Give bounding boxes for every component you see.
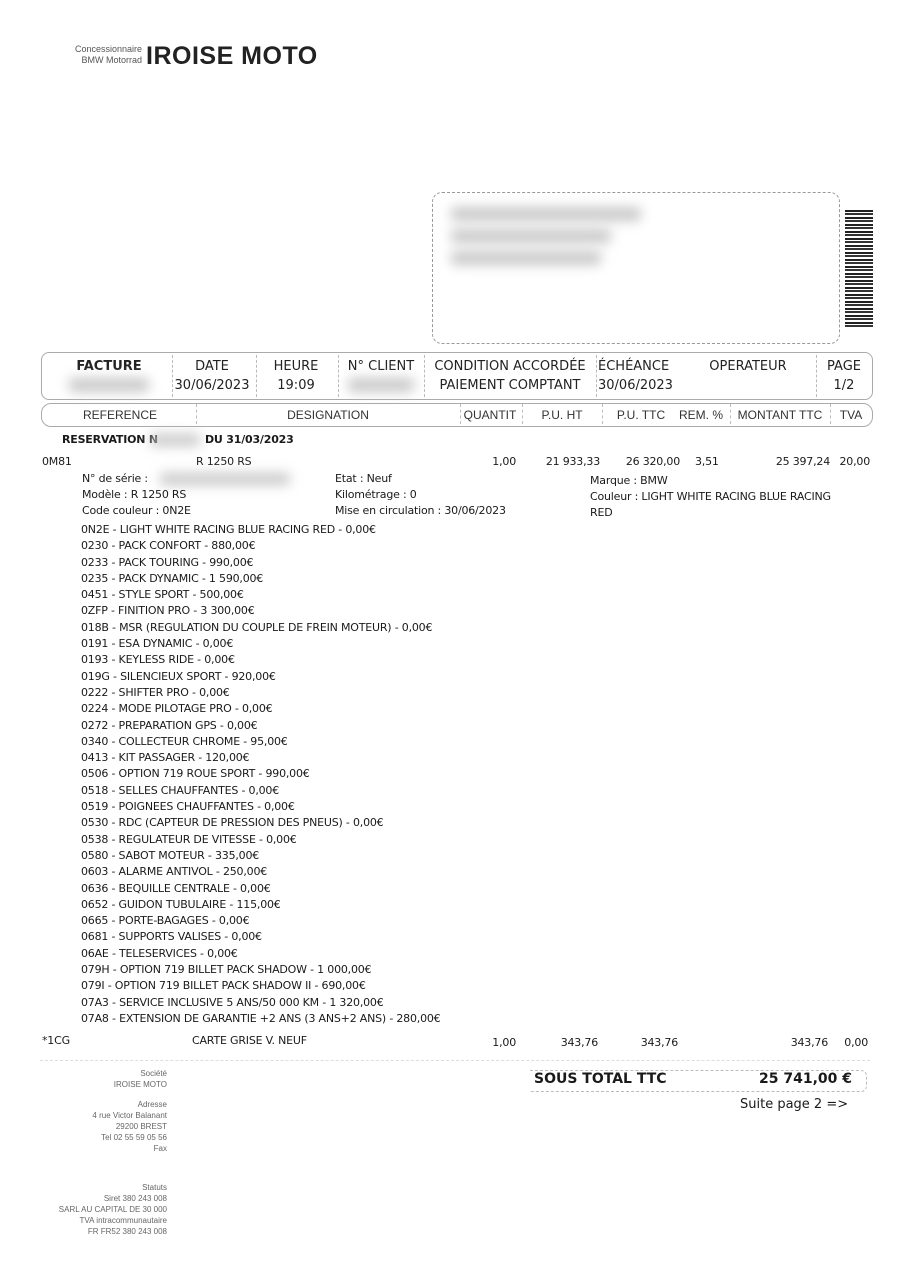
- option-item: 07A3 - SERVICE INCLUSIVE 5 ANS/50 000 KM…: [81, 995, 440, 1011]
- continuation-note: Suite page 2 =>: [740, 1097, 848, 1112]
- code-couleur: Code couleur : 0N2E: [82, 504, 191, 517]
- option-item: 0519 - POIGNEES CHAUFFANTES - 0,00€: [81, 799, 440, 815]
- option-item: 0603 - ALARME ANTIVOL - 250,00€: [81, 864, 440, 880]
- tel: Tel 02 55 59 05 56: [30, 1132, 167, 1143]
- option-item: 019G - SILENCIEUX SPORT - 920,00€: [81, 669, 440, 685]
- operateur-label: OPERATEUR: [694, 357, 802, 376]
- modele: Modèle : R 1250 RS: [82, 488, 186, 501]
- option-item: 0538 - REGULATEUR DE VITESSE - 0,00€: [81, 832, 440, 848]
- client-label: N° CLIENT: [340, 357, 422, 376]
- option-item: 0N2E - LIGHT WHITE RACING BLUE RACING RE…: [81, 522, 440, 538]
- option-item: 018B - MSR (REGULATION DU COUPLE DE FREI…: [81, 620, 440, 636]
- line-reference: *1CG: [42, 1034, 70, 1047]
- reservation-prefix: RESERVATION N: [62, 433, 158, 446]
- date-cell: DATE 30/06/2023: [170, 357, 254, 395]
- line-pu-ttc: 343,76: [610, 1036, 678, 1049]
- barcode: [845, 210, 873, 328]
- option-item: 0193 - KEYLESS RIDE - 0,00€: [81, 652, 440, 668]
- line-pu-ht: 343,76: [530, 1036, 598, 1049]
- footer-address: Adresse 4 rue Victor Balanant 29200 BRES…: [30, 1099, 167, 1154]
- divider: [40, 1060, 870, 1061]
- marque: Marque : BMW: [590, 474, 668, 487]
- redacted-address-line2: [451, 229, 611, 243]
- line-tva: 0,00: [834, 1036, 868, 1049]
- line-montant-ttc: 343,76: [760, 1036, 828, 1049]
- option-item: 0224 - MODE PILOTAGE PRO - 0,00€: [81, 701, 440, 717]
- col-pu-ttc: P.U. TTC: [610, 408, 672, 422]
- recipient-address-box: [432, 192, 840, 344]
- redacted-address-line3: [451, 251, 601, 265]
- col-montant-ttc: MONTANT TTC: [732, 408, 828, 422]
- heure-cell: HEURE 19:09: [256, 357, 336, 395]
- option-item: 0580 - SABOT MOTEUR - 335,00€: [81, 848, 440, 864]
- siret: Siret 380 243 008: [30, 1193, 167, 1204]
- dealer-subtitle: Concessionnaire BMW Motorrad: [50, 44, 142, 66]
- societe-label: Société: [30, 1068, 167, 1079]
- echeance-cell: ÉCHÉANCE 30/06/2023: [598, 357, 688, 395]
- facture-number-redacted: [69, 378, 149, 392]
- tva-label: TVA intracommunautaire: [30, 1215, 167, 1226]
- client-cell: N° CLIENT: [340, 357, 422, 392]
- option-item: 0506 - OPTION 719 ROUE SPORT - 990,00€: [81, 766, 440, 782]
- option-item: 0451 - STYLE SPORT - 500,00€: [81, 587, 440, 603]
- condition-label: CONDITION ACCORDÉE: [426, 357, 594, 376]
- line-quantity: 1,00: [470, 1036, 516, 1049]
- adresse-line2: 29200 BREST: [30, 1121, 167, 1132]
- col-pu-ht: P.U. HT: [524, 408, 600, 422]
- page-cell: PAGE 1/2: [818, 357, 870, 395]
- col-tva: TVA: [832, 408, 870, 422]
- line-pu-ht: 21 933,33: [530, 455, 600, 468]
- date-label: DATE: [170, 357, 254, 376]
- facture-label: FACTURE: [50, 357, 168, 376]
- condition-value: PAIEMENT COMPTANT: [426, 376, 594, 395]
- option-item: 079I - OPTION 719 BILLET PACK SHADOW II …: [81, 978, 440, 994]
- statuts-label: Statuts: [30, 1182, 167, 1193]
- reservation-date: DU 31/03/2023: [205, 433, 294, 446]
- option-item: 07A8 - EXTENSION DE GARANTIE +2 ANS (3 A…: [81, 1011, 440, 1027]
- condition-cell: CONDITION ACCORDÉE PAIEMENT COMPTANT: [426, 357, 594, 395]
- capital: SARL AU CAPITAL DE 30 000: [30, 1204, 167, 1215]
- line-reference: 0M81: [42, 455, 72, 468]
- line-tva: 20,00: [834, 455, 870, 468]
- options-list: 0N2E - LIGHT WHITE RACING BLUE RACING RE…: [81, 522, 440, 1027]
- option-item: 0530 - RDC (CAPTEUR DE PRESSION DES PNEU…: [81, 815, 440, 831]
- subtotal-label: SOUS TOTAL TTC: [534, 1071, 667, 1087]
- line-quantity: 1,00: [470, 455, 516, 468]
- footer-company: Société IROISE MOTO: [30, 1068, 167, 1090]
- line-pu-ttc: 26 320,00: [610, 455, 680, 468]
- echeance-label: ÉCHÉANCE: [598, 357, 688, 376]
- option-item: 0652 - GUIDON TUBULAIRE - 115,00€: [81, 897, 440, 913]
- col-quantite: QUANTIT: [460, 408, 520, 422]
- option-item: 0518 - SELLES CHAUFFANTES - 0,00€: [81, 783, 440, 799]
- option-item: 0272 - PREPARATION GPS - 0,00€: [81, 718, 440, 734]
- kilometrage: Kilométrage : 0: [335, 488, 417, 501]
- option-item: 0230 - PACK CONFORT - 880,00€: [81, 538, 440, 554]
- client-number-redacted: [348, 378, 414, 392]
- redacted-address-line1: [451, 207, 641, 221]
- option-item: 0233 - PACK TOURING - 990,00€: [81, 555, 440, 571]
- line-designation: CARTE GRISE V. NEUF: [192, 1034, 307, 1047]
- operateur-cell: OPERATEUR: [694, 357, 802, 376]
- serie-number-redacted: [160, 473, 290, 485]
- fax: Fax: [30, 1143, 167, 1154]
- line-designation: R 1250 RS: [196, 455, 251, 468]
- option-item: 0191 - ESA DYNAMIC - 0,00€: [81, 636, 440, 652]
- line-montant-ttc: 25 397,24: [760, 455, 830, 468]
- adresse-line1: 4 rue Victor Balanant: [30, 1110, 167, 1121]
- adresse-label: Adresse: [30, 1099, 167, 1110]
- dealer-name: IROISE MOTO: [146, 42, 318, 71]
- reservation-number-redacted: [150, 434, 200, 446]
- option-item: 0413 - KIT PASSAGER - 120,00€: [81, 750, 440, 766]
- couleur: Couleur : LIGHT WHITE RACING BLUE RACING: [590, 490, 831, 503]
- facture-cell: FACTURE: [50, 357, 168, 392]
- echeance-value: 30/06/2023: [598, 376, 688, 395]
- option-item: 0340 - COLLECTEUR CHROME - 95,00€: [81, 734, 440, 750]
- etat: Etat : Neuf: [335, 472, 392, 485]
- subtotal-value: 25 741,00 €: [700, 1071, 852, 1087]
- dealer-subtitle-line2: BMW Motorrad: [50, 55, 142, 66]
- footer-statuts: Statuts Siret 380 243 008 SARL AU CAPITA…: [30, 1182, 167, 1237]
- option-item: 0665 - PORTE-BAGAGES - 0,00€: [81, 913, 440, 929]
- col-remise: REM. %: [674, 408, 728, 422]
- option-item: 06AE - TELESERVICES - 0,00€: [81, 946, 440, 962]
- page-value: 1/2: [818, 376, 870, 395]
- tva-value: FR FR52 380 243 008: [30, 1226, 167, 1237]
- dealer-subtitle-line1: Concessionnaire: [50, 44, 142, 55]
- option-item: 0636 - BEQUILLE CENTRALE - 0,00€: [81, 881, 440, 897]
- option-item: 079H - OPTION 719 BILLET PACK SHADOW - 1…: [81, 962, 440, 978]
- heure-label: HEURE: [256, 357, 336, 376]
- line-remise: 3,51: [695, 455, 719, 468]
- option-item: 0222 - SHIFTER PRO - 0,00€: [81, 685, 440, 701]
- option-item: 0ZFP - FINITION PRO - 3 300,00€: [81, 603, 440, 619]
- serie-label: N° de série :: [82, 472, 148, 485]
- societe-value: IROISE MOTO: [30, 1079, 167, 1090]
- invoice-info-header: FACTURE DATE 30/06/2023 HEURE 19:09 N° C…: [41, 352, 873, 400]
- option-item: 0235 - PACK DYNAMIC - 1 590,00€: [81, 571, 440, 587]
- col-designation: DESIGNATION: [198, 408, 458, 422]
- column-header: REFERENCE DESIGNATION QUANTIT P.U. HT P.…: [41, 403, 873, 427]
- couleur-cont: RED: [590, 506, 612, 519]
- page-label: PAGE: [818, 357, 870, 376]
- col-reference: REFERENCE: [46, 408, 194, 422]
- option-item: 0681 - SUPPORTS VALISES - 0,00€: [81, 929, 440, 945]
- date-value: 30/06/2023: [170, 376, 254, 395]
- mise-en-circulation: Mise en circulation : 30/06/2023: [335, 504, 506, 517]
- heure-value: 19:09: [256, 376, 336, 395]
